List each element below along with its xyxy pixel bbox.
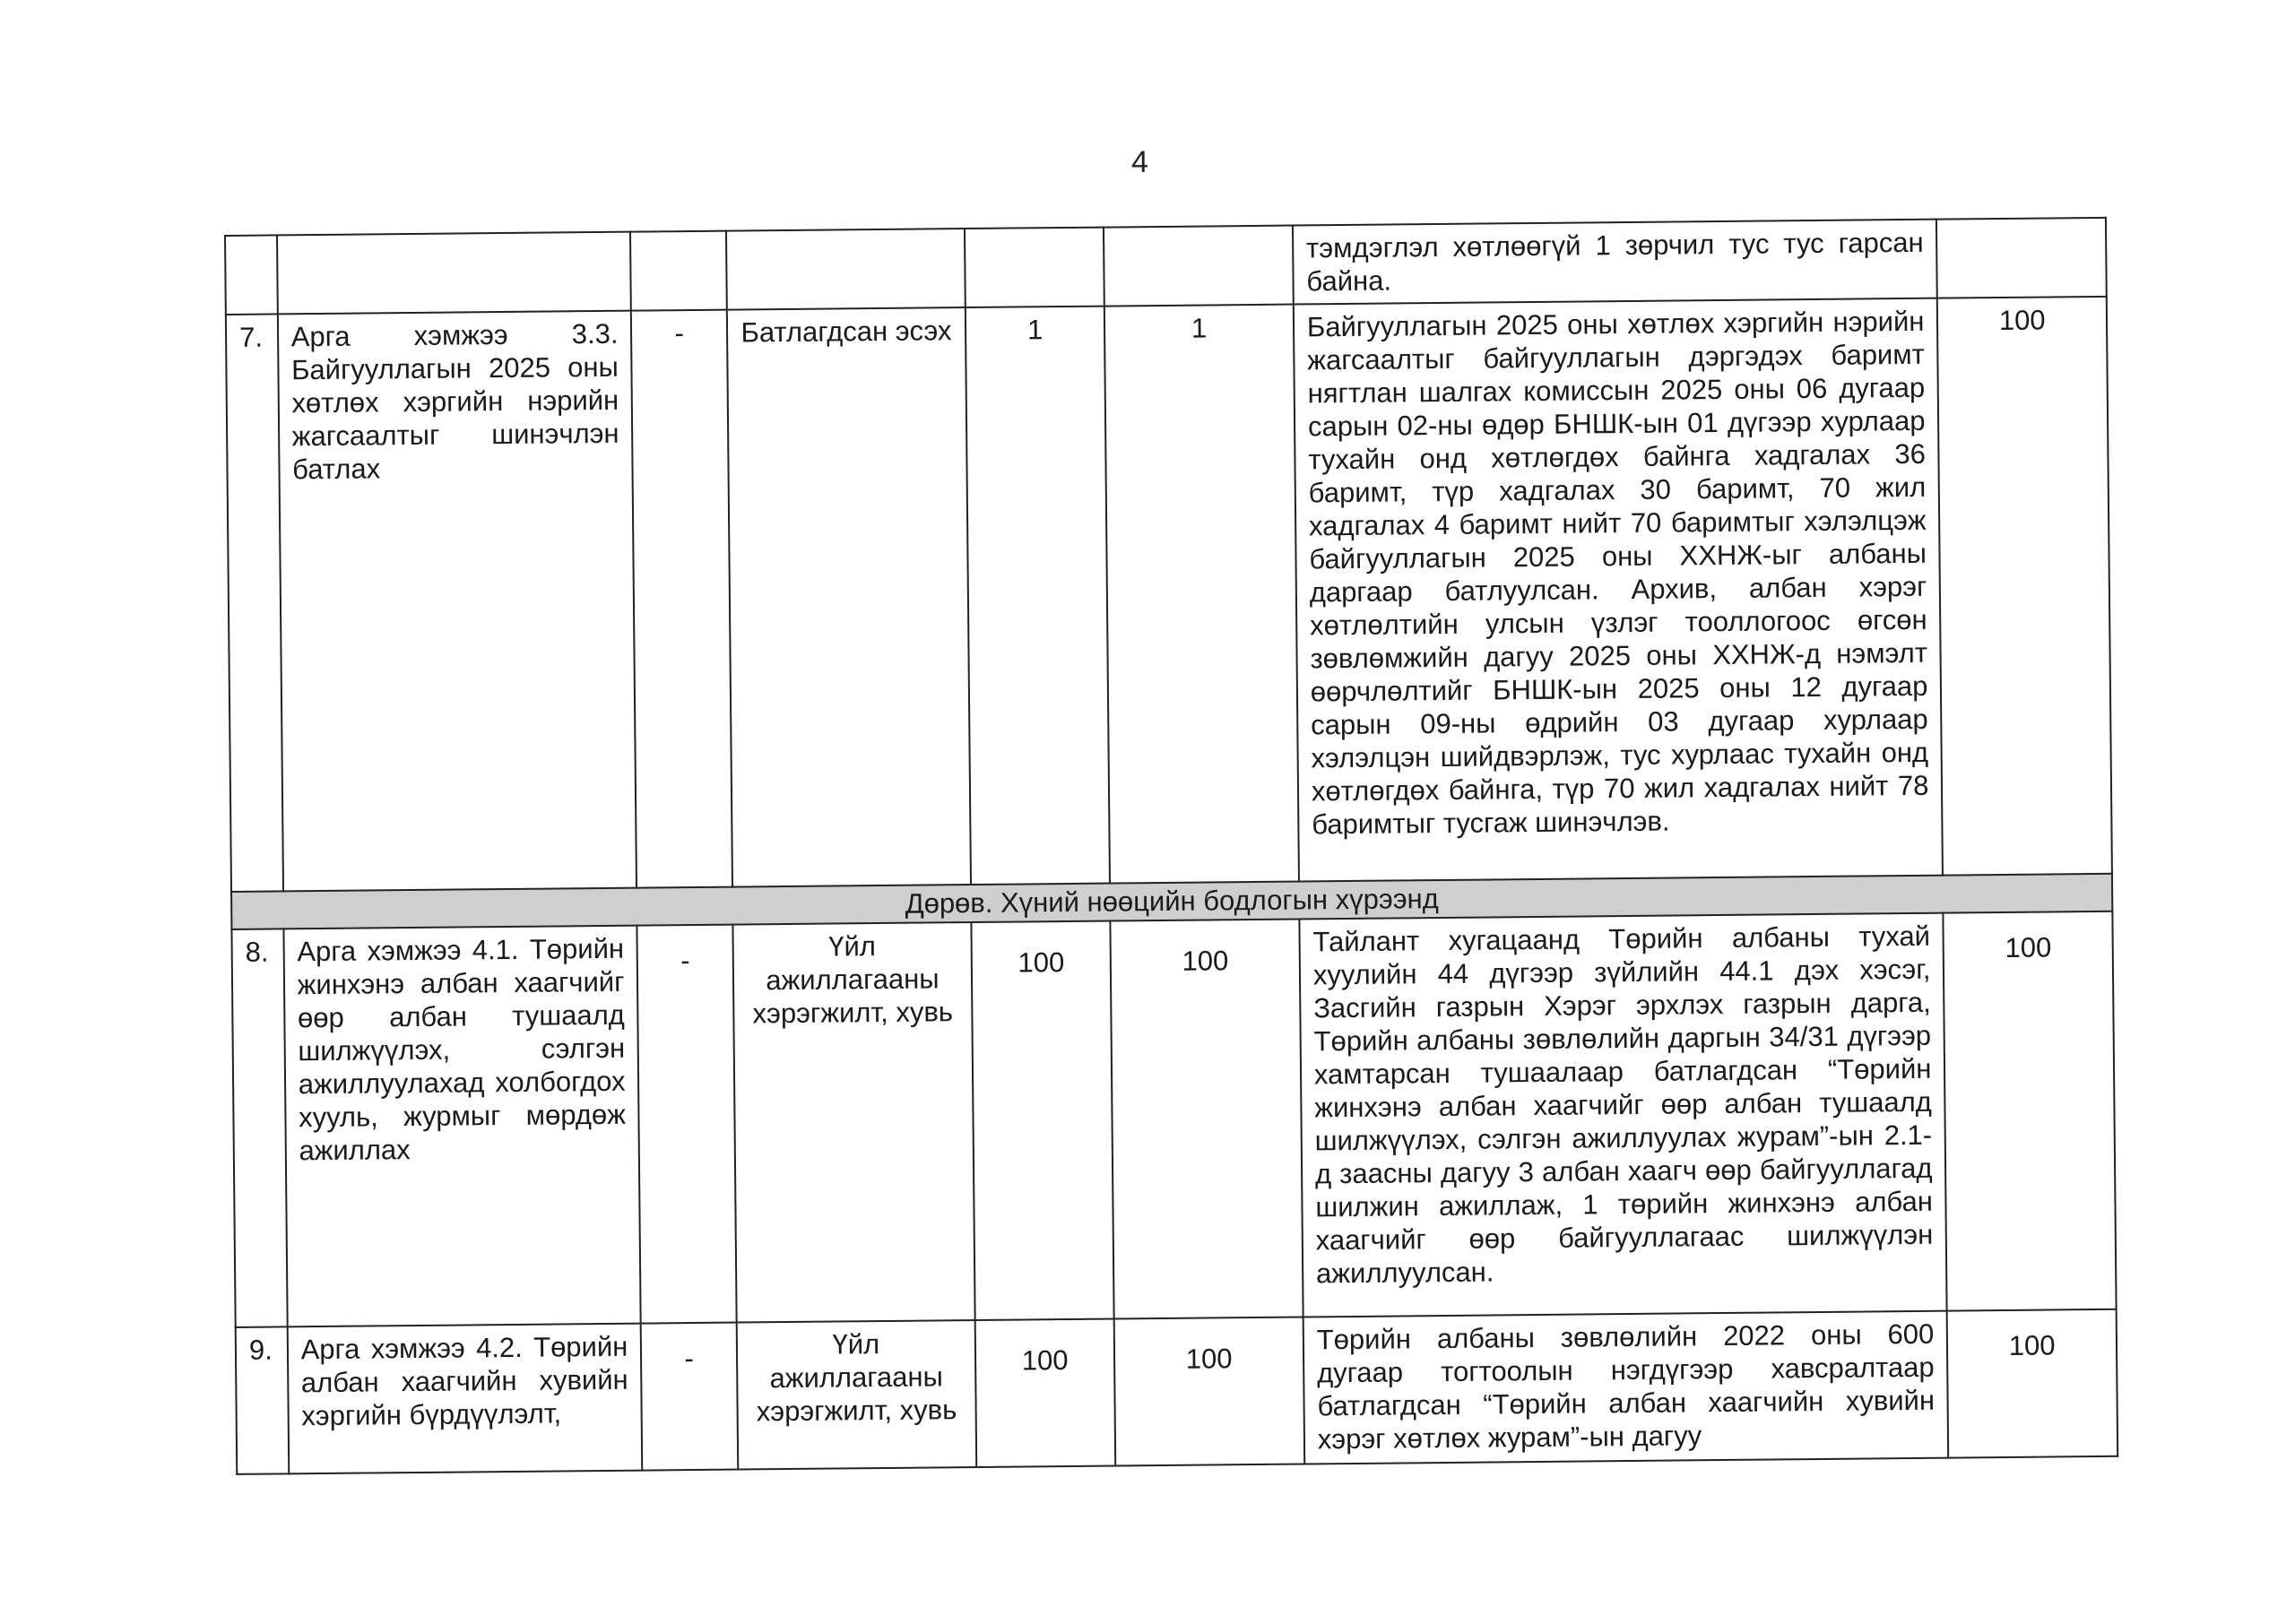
cell-no	[225, 235, 277, 315]
cell-target: 1	[966, 307, 1110, 885]
cell-action: Арга хэмжээ 4.1. Төрийн жинхэнэ албан ха…	[283, 926, 641, 1327]
cell-no: 7.	[226, 314, 283, 892]
cell-description: Тайлант хугацаанд Төрийн албаны тухай ху…	[1299, 913, 1947, 1317]
cell-score	[1936, 218, 2106, 298]
cell-baseline	[630, 231, 726, 311]
cell-description: Төрийн албаны зөвлөлийн 2022 оны 600 дуг…	[1303, 1311, 1949, 1464]
cell-indicator	[726, 229, 966, 310]
cell-action: Арга хэмжээ 4.2. Төрийн албан хаагчийн х…	[287, 1324, 642, 1474]
cell-score: 100	[1944, 911, 2117, 1311]
table-row: 9. Арга хэмжээ 4.2. Төрийн албан хаагчий…	[236, 1309, 2117, 1474]
cell-indicator: Үйл ажиллагааны хэрэгжилт, хувь	[732, 922, 974, 1323]
report-table: тэмдэглэл хөтлөөгүй 1 зөрчил тус тус гар…	[224, 217, 2118, 1475]
cell-score: 100	[1937, 297, 2112, 876]
cell-description: Байгууллагын 2025 оны хөтлөх хэргийн нэр…	[1294, 298, 1944, 882]
report-table-container: тэмдэглэл хөтлөөгүй 1 зөрчил тус тус гар…	[224, 217, 2118, 1475]
cell-target	[965, 228, 1104, 307]
cell-score: 100	[1947, 1309, 2117, 1458]
cell-target: 100	[975, 1319, 1116, 1467]
cell-achieved: 1	[1104, 305, 1299, 884]
cell-baseline: -	[641, 1323, 738, 1471]
cell-baseline: -	[631, 310, 732, 888]
cell-description: тэмдэглэл хөтлөөгүй 1 зөрчил тус тус гар…	[1293, 220, 1937, 305]
cell-achieved: 100	[1111, 920, 1303, 1319]
table-row: 8. Арга хэмжээ 4.1. Төрийн жинхэнэ албан…	[231, 911, 2116, 1327]
cell-action: Арга хэмжээ 3.3. Байгууллагын 2025 оны х…	[278, 311, 637, 892]
table-row: 7. Арга хэмжээ 3.3. Байгууллагын 2025 он…	[226, 297, 2112, 892]
cell-action	[277, 232, 632, 315]
page-number: 4	[1131, 145, 1148, 180]
cell-no: 8.	[231, 929, 287, 1327]
cell-baseline: -	[637, 925, 737, 1324]
cell-target: 100	[971, 921, 1113, 1320]
cell-achieved	[1104, 226, 1294, 307]
cell-indicator: Үйл ажиллагааны хэрэгжилт, хувь	[737, 1320, 977, 1470]
cell-indicator: Батлагдсан эсэх	[727, 307, 971, 887]
cell-no: 9.	[236, 1326, 289, 1474]
cell-achieved: 100	[1114, 1317, 1304, 1466]
